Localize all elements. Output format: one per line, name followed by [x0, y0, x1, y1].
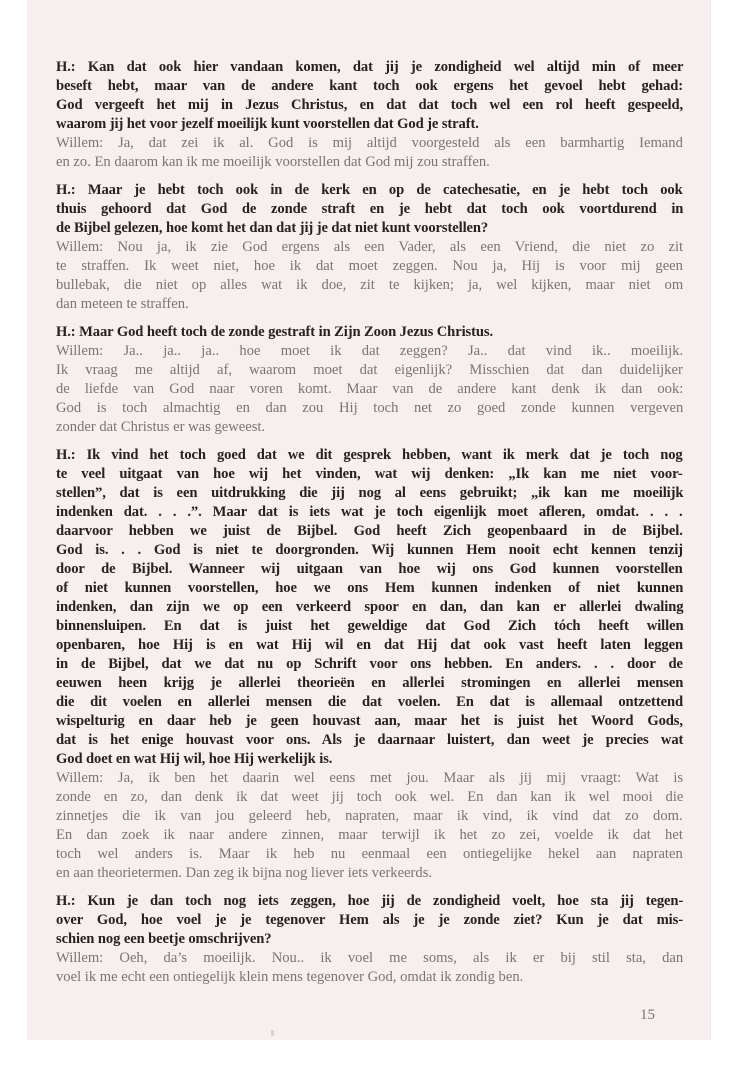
text-line: H.: Ik vind het toch goed dat we dit ges… — [56, 446, 683, 465]
text-line: God is. . . God is niet te doorgronden. … — [56, 541, 683, 560]
text-line: indenken dat. . . .”. Maar dat is iets w… — [56, 503, 683, 522]
text-line: wispelturig en daar heb je geen houvast … — [56, 712, 683, 731]
text-line: indenken, dan zijn we op een verkeerd sp… — [56, 598, 683, 617]
text-line: door de Bijbel. Wanneer wij uitgaan van … — [56, 560, 683, 579]
book-page: H.: Kan dat ook hier vandaan komen, dat … — [27, 0, 710, 1040]
page-number: 15 — [640, 1007, 655, 1024]
text-line: beseft hebt, maar van de andere kant toc… — [56, 77, 683, 96]
willem-paragraph: Willem: Ja, dat zei ik al. God is mij al… — [56, 134, 683, 172]
text-line: in de Bijbel, dat we dat nu op Schrift v… — [56, 655, 683, 674]
text-line: Willem: Ja.. ja.. ja.. hoe moet ik dat z… — [56, 342, 683, 361]
text-line: die dit voelen en allerlei mensen die da… — [56, 693, 683, 712]
text-line: stellen”, dat is een uitdrukking die jij… — [56, 484, 683, 503]
interviewer-paragraph: H.: Ik vind het toch goed dat we dit ges… — [56, 446, 683, 769]
interviewer-paragraph: H.: Kan dat ook hier vandaan komen, dat … — [56, 58, 683, 134]
text-line: En dan zoek ik naar andere zinnen, maar … — [56, 826, 683, 845]
text-line: en aan theorietermen. Dan zeg ik bijna n… — [56, 864, 683, 883]
text-line: binnensluipen. En dat is juist het gewel… — [56, 617, 683, 636]
paper-speck — [271, 1030, 274, 1036]
text-line: de Bijbel gelezen, hoe komt het dan dat … — [56, 219, 683, 238]
text-line: waarom jij het voor jezelf moeilijk kunt… — [56, 115, 683, 134]
text-line: God vergeeft het mij in Jezus Christus, … — [56, 96, 683, 115]
text-line: de liefde van God naar voren komt. Maar … — [56, 380, 683, 399]
text-line: bullebak, die niet op alles wat ik doe, … — [56, 276, 683, 295]
text-line: eeuwen heen krijg je allerlei theorieën … — [56, 674, 683, 693]
text-line: Willem: Ja, dat zei ik al. God is mij al… — [56, 134, 683, 153]
text-line: zonde en zo, dan denk ik dat weet jij to… — [56, 788, 683, 807]
text-line: toch wel anders is. Maar ik heb nu eenma… — [56, 845, 683, 864]
text-line: over God, hoe voel je je tegenover Hem a… — [56, 911, 683, 930]
text-line: H.: Maar je hebt toch ook in de kerk en … — [56, 181, 683, 200]
text-line: te straffen. Ik weet niet, hoe ik dat mo… — [56, 257, 683, 276]
text-line: thuis gehoord dat God de zonde straft en… — [56, 200, 683, 219]
text-line: dan meteen te straffen. — [56, 295, 683, 314]
text-line: openbaren, hoe Hij is en wat Hij wil en … — [56, 636, 683, 655]
text-line: God doet en wat Hij wil, hoe Hij werkeli… — [56, 750, 683, 769]
text-line: of niet kunnen voorstellen, hoe we ons H… — [56, 579, 683, 598]
text-line: zonder dat Christus er was geweest. — [56, 418, 683, 437]
interviewer-paragraph: H.: Maar je hebt toch ook in de kerk en … — [56, 181, 683, 238]
interviewer-paragraph: H.: Maar God heeft toch de zonde gestraf… — [56, 323, 683, 342]
willem-paragraph: Willem: Ja, ik ben het daarin wel eens m… — [56, 769, 683, 883]
text-line: te veel uitgaat van hoe wij het vinden, … — [56, 465, 683, 484]
text-line: H.: Kan dat ook hier vandaan komen, dat … — [56, 58, 683, 77]
text-line: schien nog een beetje omschrijven? — [56, 930, 683, 949]
text-line: zinnetjes die ik van jou geleerd heb, na… — [56, 807, 683, 826]
willem-paragraph: Willem: Ja.. ja.. ja.. hoe moet ik dat z… — [56, 342, 683, 437]
text-line: Willem: Ja, ik ben het daarin wel eens m… — [56, 769, 683, 788]
text-line: God is toch almachtig en dan zou Hij toc… — [56, 399, 683, 418]
text-line: H.: Kun je dan toch nog iets zeggen, hoe… — [56, 892, 683, 911]
text-line: H.: Maar God heeft toch de zonde gestraf… — [56, 323, 683, 342]
interviewer-paragraph: H.: Kun je dan toch nog iets zeggen, hoe… — [56, 892, 683, 949]
text-line: Willem: Nou ja, ik zie God ergens als ee… — [56, 238, 683, 257]
text-line: daarvoor hebben we juist de Bijbel. God … — [56, 522, 683, 541]
text-line: dat is het enige houvast voor ons. Als j… — [56, 731, 683, 750]
text-line: en zo. En daarom kan ik me moeilijk voor… — [56, 153, 683, 172]
text-line: Willem: Oeh, da’s moeilijk. Nou.. ik voe… — [56, 949, 683, 968]
page-body-text: H.: Kan dat ook hier vandaan komen, dat … — [56, 58, 683, 987]
text-line: voel ik me echt een ontiegelijk klein me… — [56, 968, 683, 987]
text-line: Ik vraag me altijd af, waarom moet dat e… — [56, 361, 683, 380]
willem-paragraph: Willem: Oeh, da’s moeilijk. Nou.. ik voe… — [56, 949, 683, 987]
willem-paragraph: Willem: Nou ja, ik zie God ergens als ee… — [56, 238, 683, 314]
